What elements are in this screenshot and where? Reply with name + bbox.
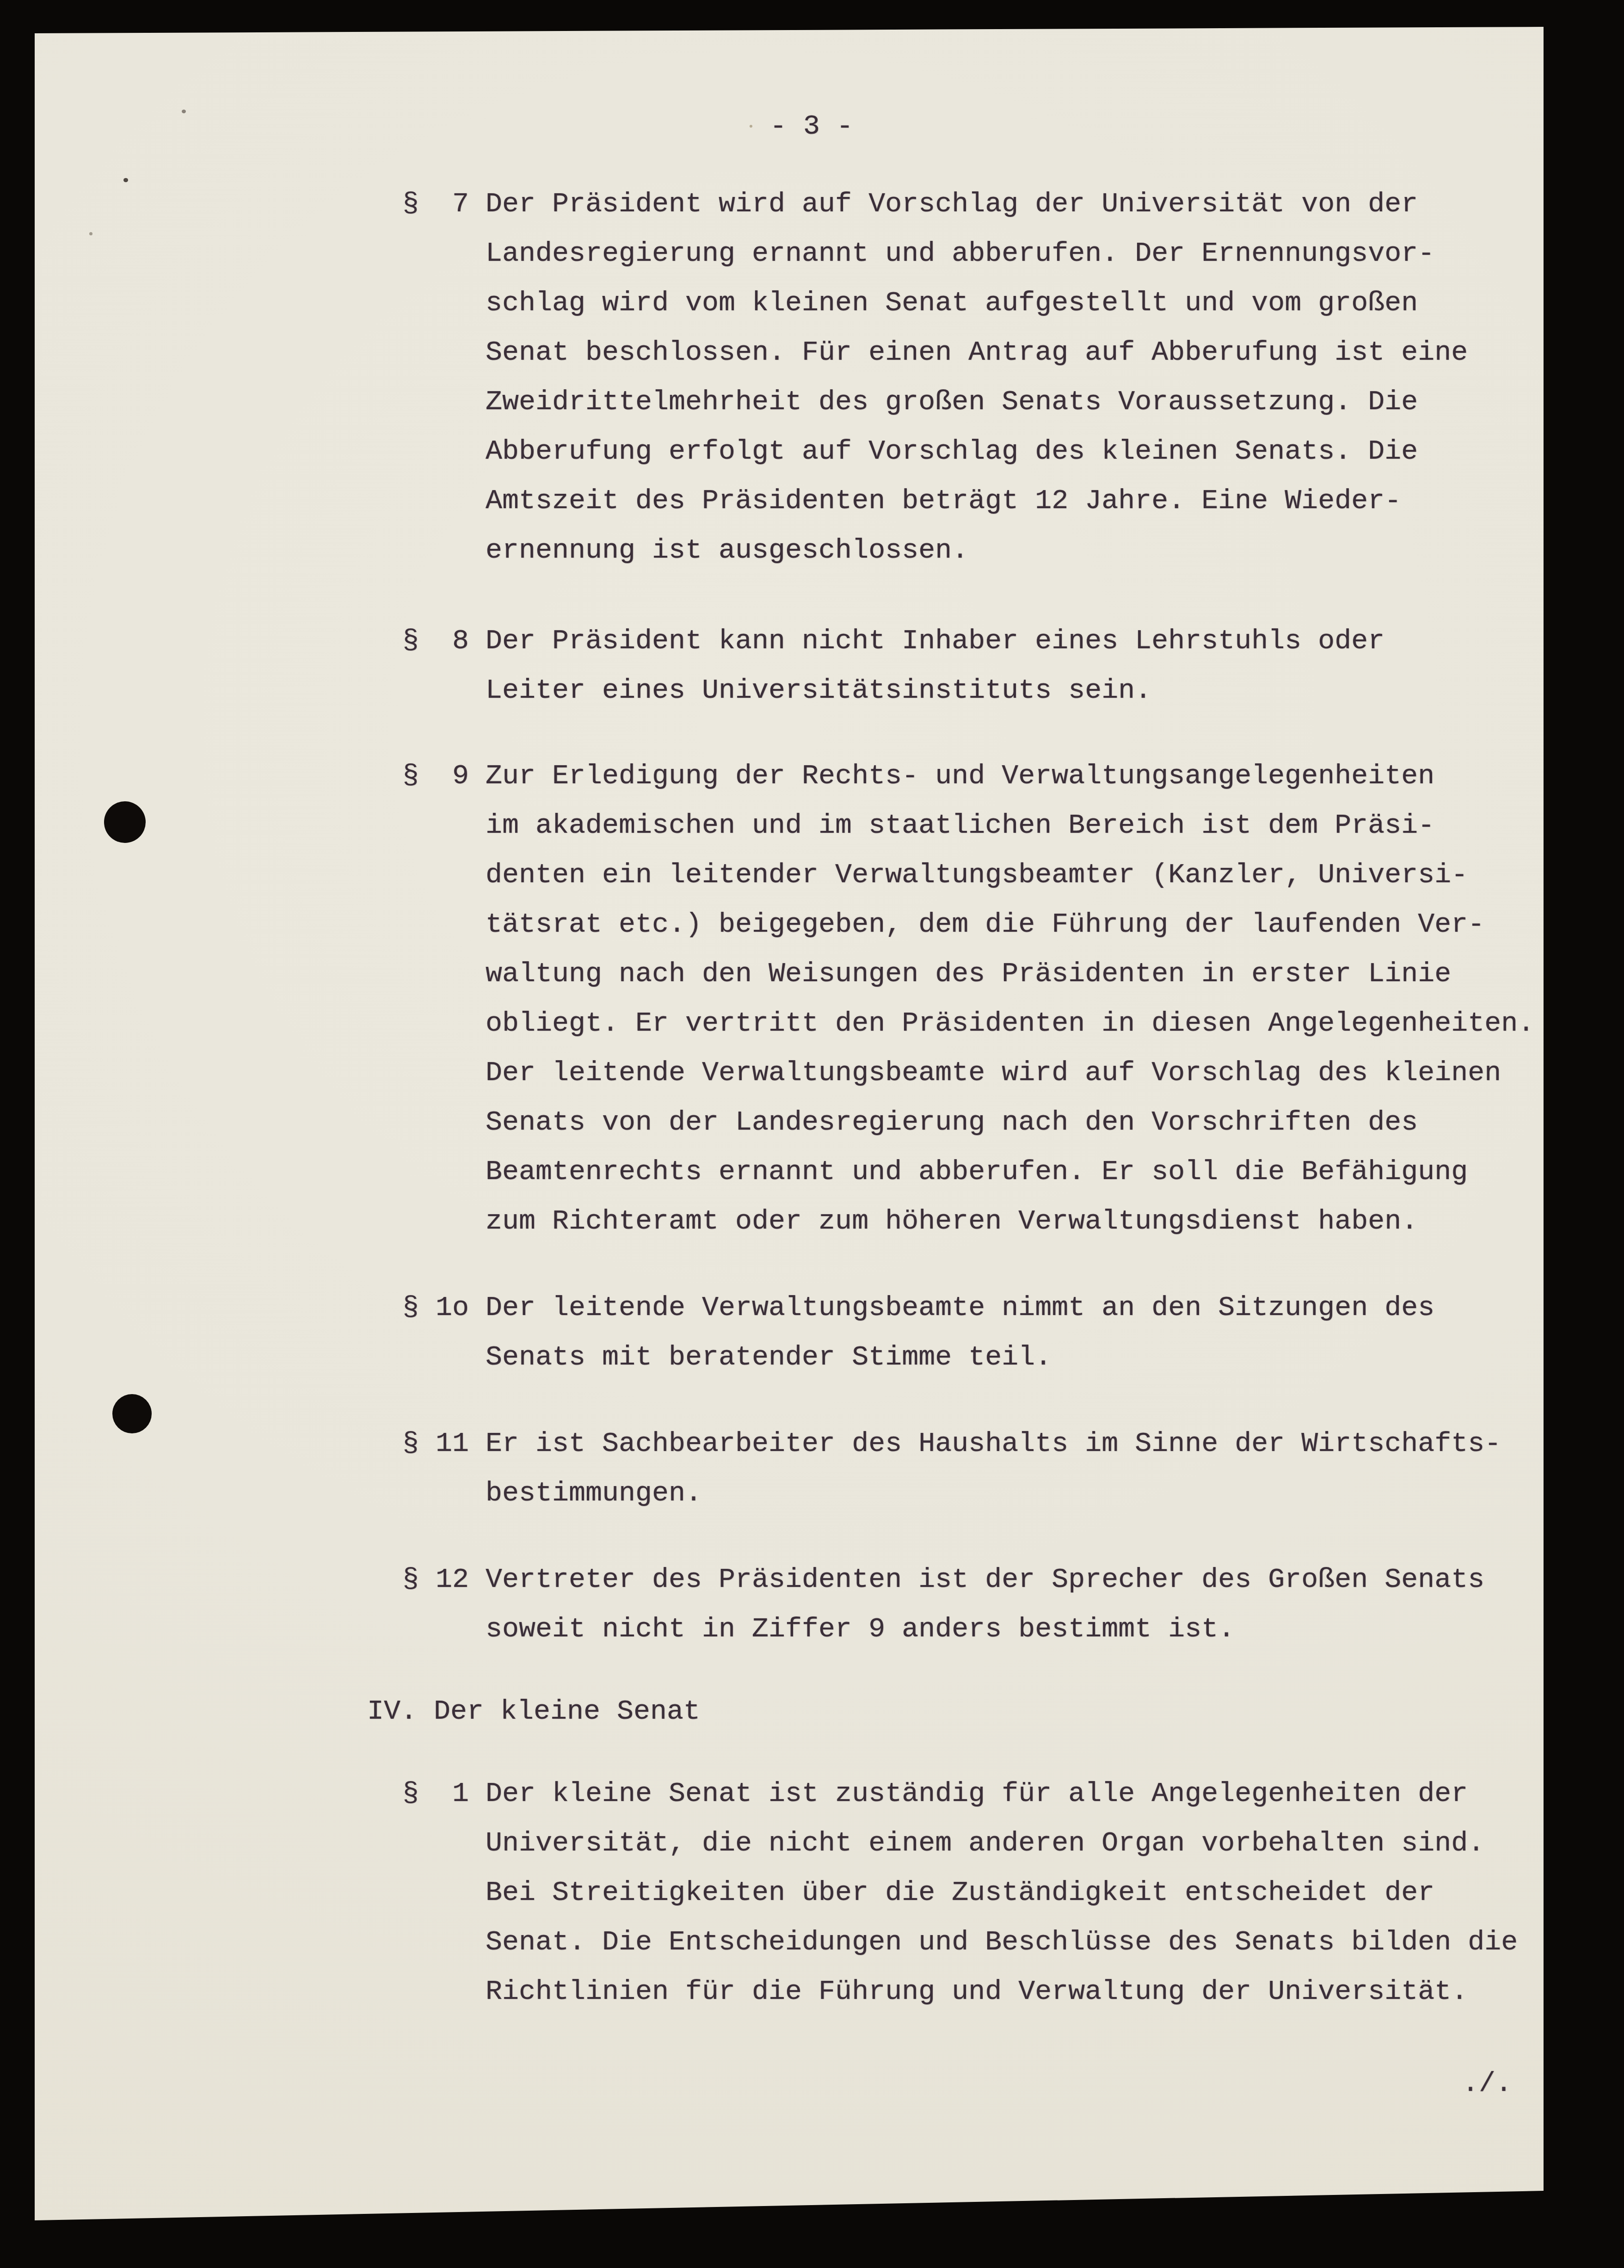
paragraph-text: Der Präsident kann nicht Inhaber eines L… xyxy=(486,626,1384,707)
page-number: - 3 - xyxy=(770,102,853,152)
paragraph-section-10: § 1oDer leitende Verwaltungsbeamte nimmt… xyxy=(486,1284,1595,1383)
document-page: - 3 - § 7Der Präsident wird auf Vorschla… xyxy=(35,27,1544,2220)
paper-speck xyxy=(750,125,752,128)
section-marker-iv-1: § 1 xyxy=(402,1770,486,1819)
paragraph-section-7: § 7Der Präsident wird auf Vorschlag der … xyxy=(486,180,1595,576)
section-marker-11: § 11 xyxy=(402,1420,486,1469)
paragraph-text: Der kleine Senat ist zuständig für alle … xyxy=(486,1778,1518,2008)
section-marker-9: § 9 xyxy=(402,752,486,801)
paragraph-section-12: § 12Vertreter des Präsidenten ist der Sp… xyxy=(486,1555,1595,1654)
paragraph-section-11: § 11Er ist Sachbearbeiter des Haushalts … xyxy=(486,1420,1595,1518)
hole-punch xyxy=(104,801,146,843)
section-marker-7: § 7 xyxy=(402,180,486,229)
paragraph-section-9: § 9Zur Erledigung der Rechts- und Verwal… xyxy=(486,752,1595,1247)
continuation-mark: ./. xyxy=(1422,2059,1512,2109)
paper-speck xyxy=(123,178,128,182)
paragraph-text: Vertreter des Präsidenten ist der Sprech… xyxy=(486,1564,1484,1645)
paragraph-section-8: § 8Der Präsident kann nicht Inhaber eine… xyxy=(486,617,1595,716)
section-marker-10: § 1o xyxy=(402,1284,486,1333)
paragraph-text: Der leitende Verwaltungsbeamte nimmt an … xyxy=(486,1292,1434,1373)
section-marker-8: § 8 xyxy=(402,617,486,666)
paragraph-text: Zur Erledigung der Rechts- und Verwaltun… xyxy=(486,761,1534,1237)
paragraph-text: Er ist Sachbearbeiter des Haushalts im S… xyxy=(486,1428,1501,1509)
heading-section-iv: IV. Der kleine Senat xyxy=(367,1687,700,1737)
paragraph-section-iv-1: § 1Der kleine Senat ist zuständig für al… xyxy=(486,1770,1595,2017)
section-marker-12: § 12 xyxy=(402,1555,486,1605)
paragraph-text: Der Präsident wird auf Vorschlag der Uni… xyxy=(486,189,1468,566)
scan-background: - 3 - § 7Der Präsident wird auf Vorschla… xyxy=(0,0,1624,2268)
paper-speck xyxy=(89,232,92,235)
paper-speck xyxy=(182,110,186,113)
hole-punch xyxy=(112,1394,152,1433)
